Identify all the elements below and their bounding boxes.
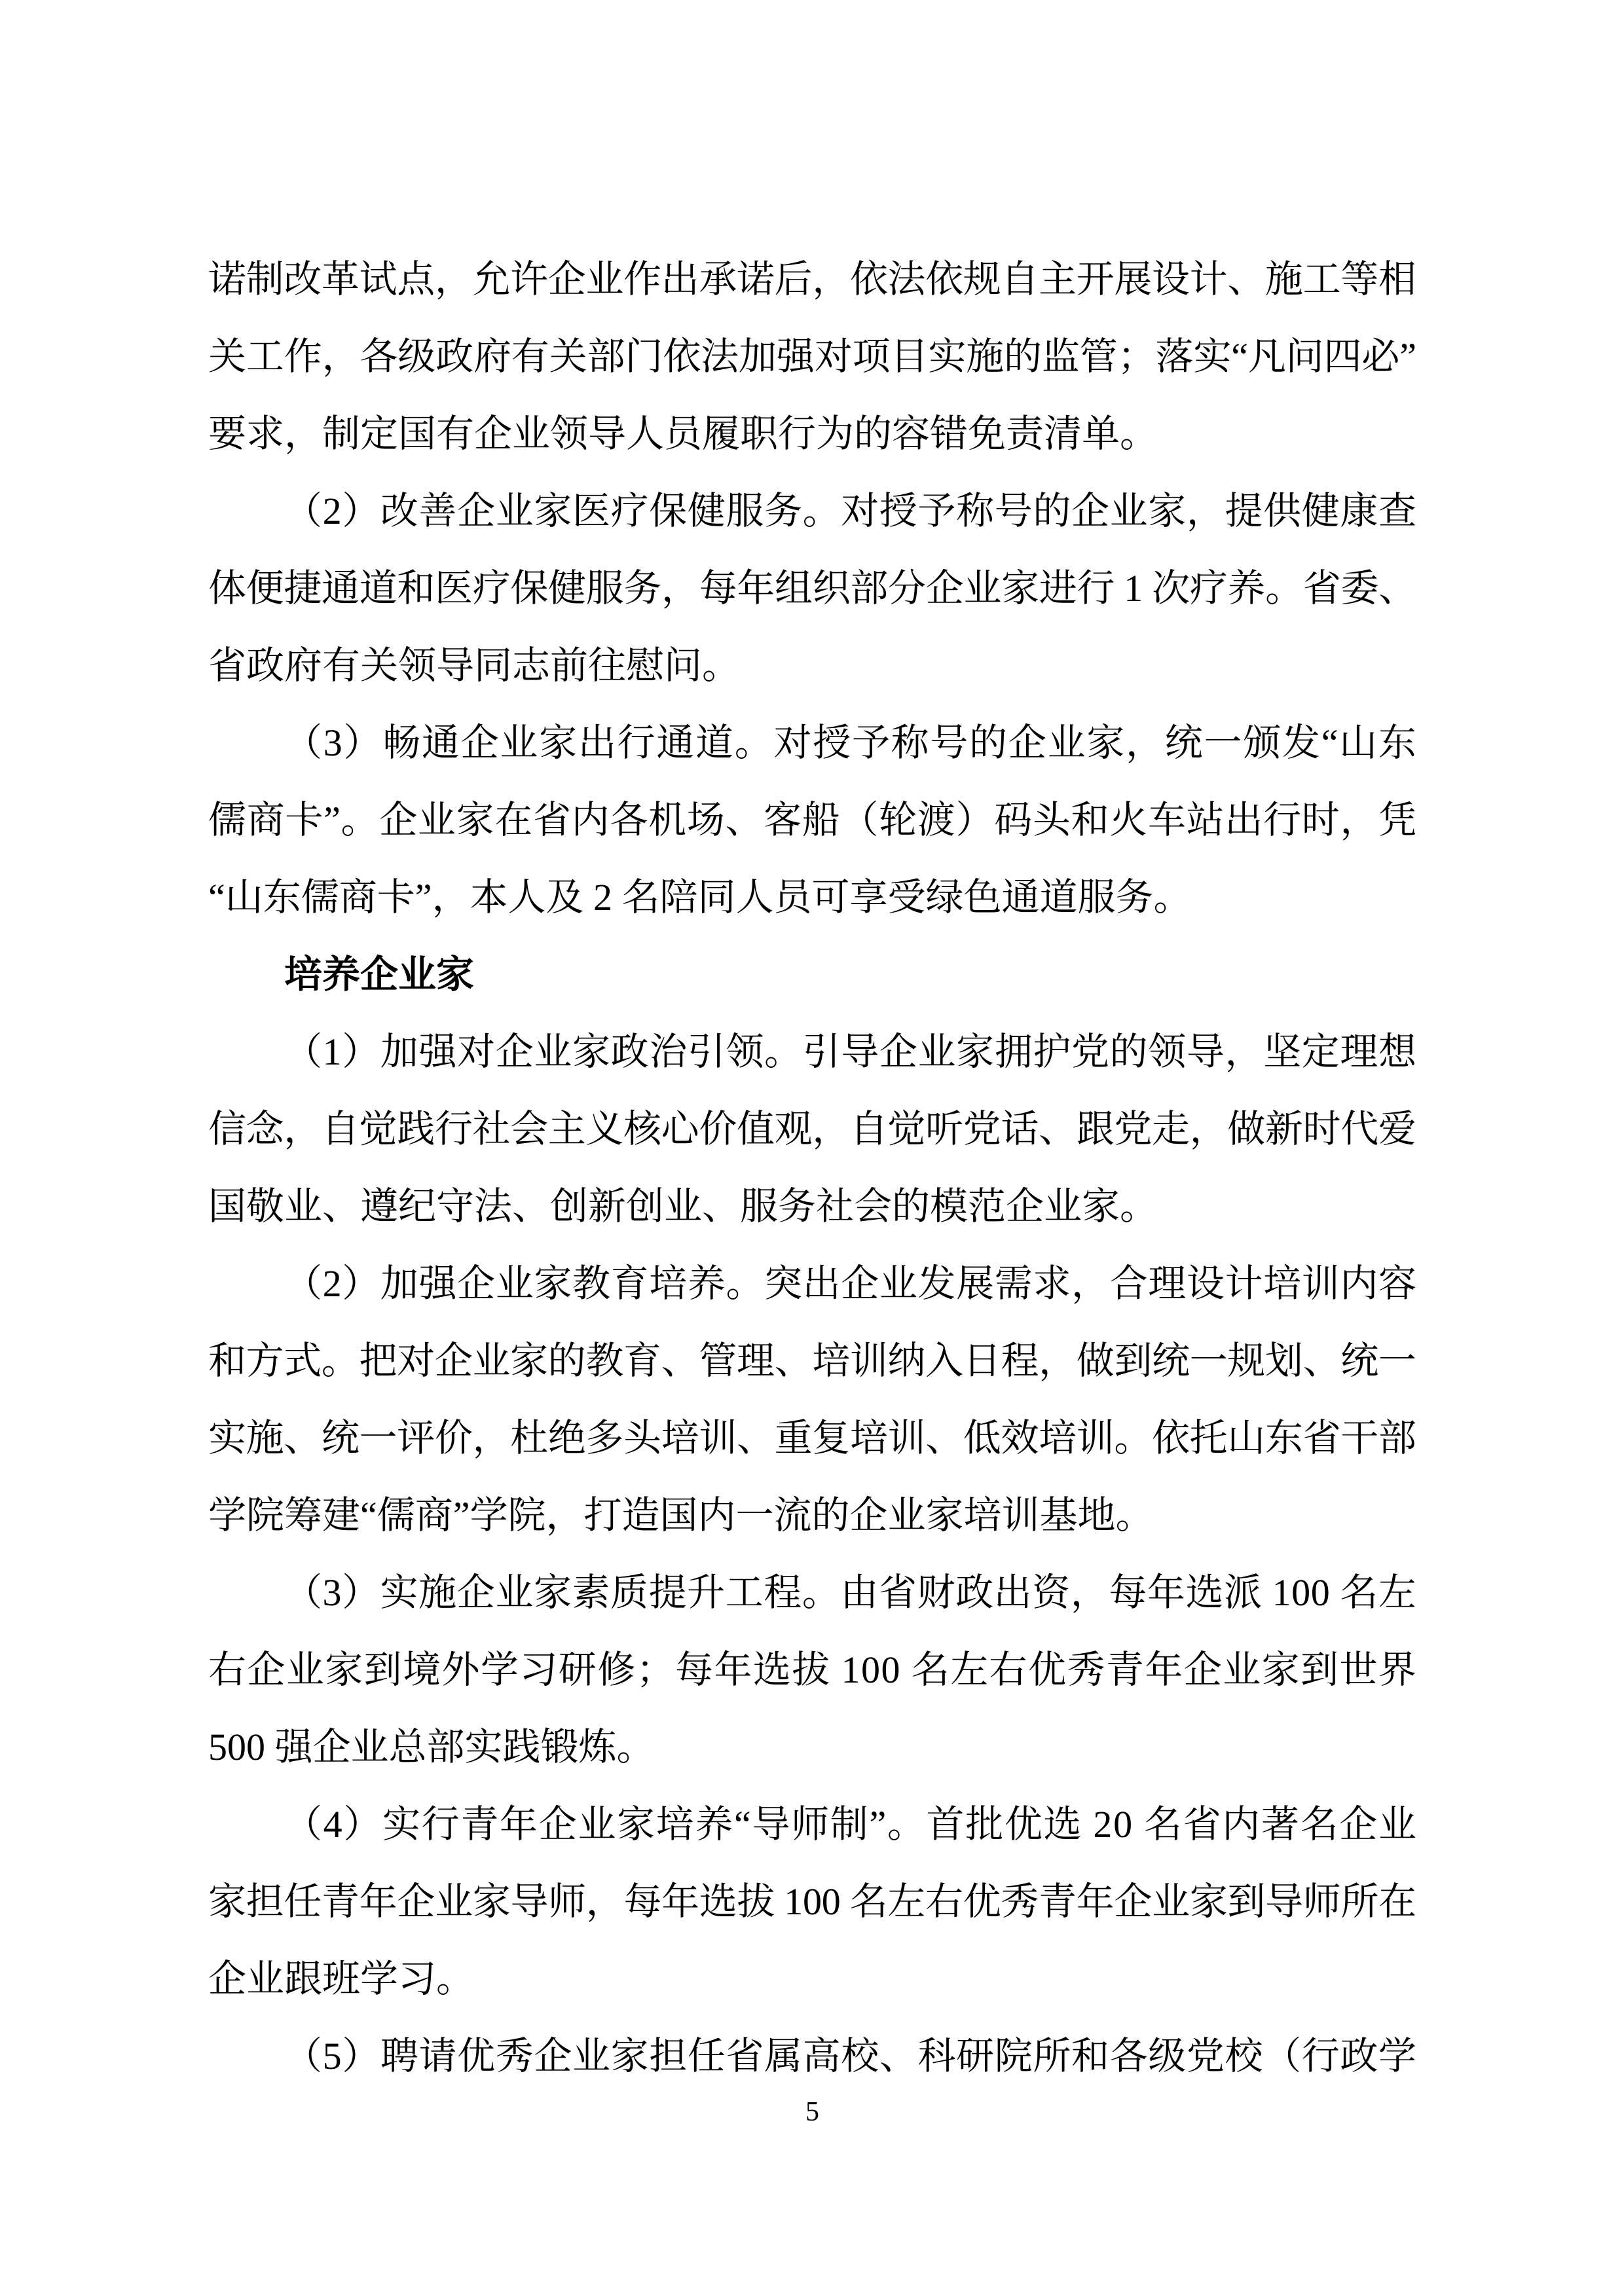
- body-line: 信念，自觉践行社会主义核心价值观，自觉听党话、跟党走，做新时代爱: [208, 1091, 1416, 1168]
- body-line: 家担任青年企业家导师，每年选拔 100 名左右优秀青年企业家到导师所在: [208, 1863, 1416, 1941]
- body-line: （3）实施企业家素质提升工程。由省财政出资，每年选派 100 名左: [208, 1554, 1416, 1631]
- body-line: 省政府有关领导同志前往慰问。: [208, 627, 1416, 704]
- body-line: 要求，制定国有企业领导人员履职行为的容错免责清单。: [208, 395, 1416, 473]
- body-line: （5）聘请优秀企业家担任省属高校、科研院所和各级党校（行政学: [208, 2018, 1416, 2095]
- body-line: 企业跟班学习。: [208, 1941, 1416, 2018]
- body-line: 右企业家到境外学习研修；每年选拔 100 名左右优秀青年企业家到世界: [208, 1631, 1416, 1709]
- document-body: 诺制改革试点，允许企业作出承诺后，依法依规自主开展设计、施工等相 关工作，各级政…: [208, 241, 1416, 2095]
- body-line: 学院筹建“儒商”学院，打造国内一流的企业家培训基地。: [208, 1477, 1416, 1554]
- body-line: （3）畅通企业家出行通道。对授予称号的企业家，统一颁发“山东: [208, 704, 1416, 782]
- body-line: 儒商卡”。企业家在省内各机场、客船（轮渡）码头和火车站出行时，凭: [208, 782, 1416, 859]
- body-line: 500 强企业总部实践锻炼。: [208, 1709, 1416, 1786]
- body-line: 关工作，各级政府有关部门依法加强对项目实施的监管；落实“凡问四必”: [208, 318, 1416, 395]
- body-line: （1）加强对企业家政治引领。引导企业家拥护党的领导，坚定理想: [208, 1013, 1416, 1091]
- body-line: （2）加强企业家教育培养。突出企业发展需求，合理设计培训内容: [208, 1245, 1416, 1322]
- body-line: 国敬业、遵纪守法、创新创业、服务社会的模范企业家。: [208, 1168, 1416, 1245]
- section-heading: 培养企业家: [208, 936, 1416, 1013]
- body-line: （4）实行青年企业家培养“导师制”。首批优选 20 名省内著名企业: [208, 1786, 1416, 1863]
- page-number: 5: [208, 2095, 1416, 2129]
- document-page: 诺制改革试点，允许企业作出承诺后，依法依规自主开展设计、施工等相 关工作，各级政…: [0, 0, 1624, 2296]
- body-line: 诺制改革试点，允许企业作出承诺后，依法依规自主开展设计、施工等相: [208, 241, 1416, 318]
- body-line: （2）改善企业家医疗保健服务。对授予称号的企业家，提供健康查: [208, 473, 1416, 550]
- body-line: “山东儒商卡”，本人及 2 名陪同人员可享受绿色通道服务。: [208, 859, 1416, 936]
- body-line: 体便捷通道和医疗保健服务，每年组织部分企业家进行 1 次疗养。省委、: [208, 550, 1416, 627]
- body-line: 和方式。把对企业家的教育、管理、培训纳入日程，做到统一规划、统一: [208, 1322, 1416, 1400]
- body-line: 实施、统一评价，杜绝多头培训、重复培训、低效培训。依托山东省干部: [208, 1400, 1416, 1477]
